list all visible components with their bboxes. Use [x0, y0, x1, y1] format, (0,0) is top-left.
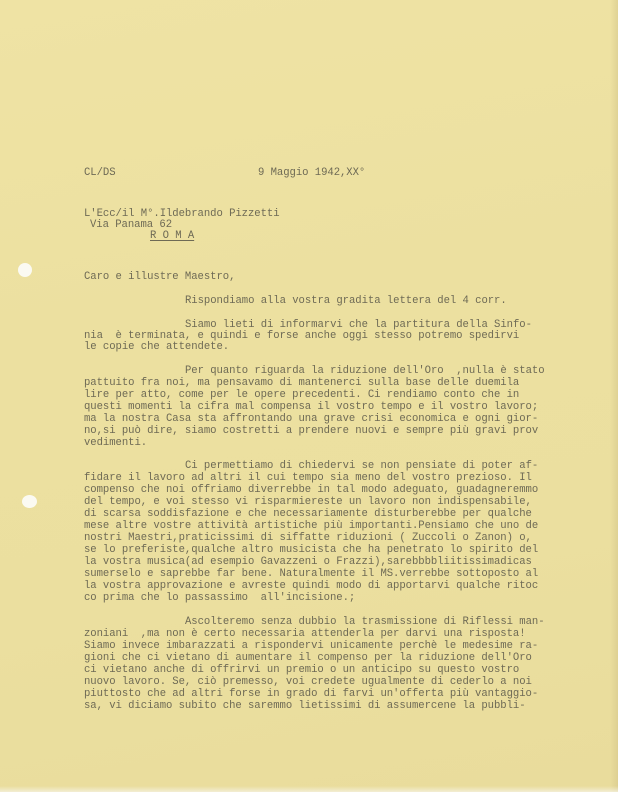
salutation: Caro e illustre Maestro,	[84, 271, 235, 283]
para-3-line: ma la nostra Casa sta affrontando una gr…	[84, 413, 538, 425]
para-5-line: Ascolteremo senza dubbio la trasmissione…	[185, 616, 545, 628]
para-3-line: lire per atto, come per le opere precede…	[84, 389, 519, 401]
recipient-city: R O M A	[150, 230, 194, 242]
letter-page: CL/DS 9 Maggio 1942,XX° L'Ecc/il M°.Ilde…	[0, 0, 618, 792]
page-edge-shadow	[610, 0, 618, 792]
para-3-line: questi momenti la cifra mal compensa il …	[84, 401, 538, 413]
para-3-line: no,si può dire, siamo costretti a prende…	[84, 425, 538, 437]
letter-date: 9 Maggio 1942,XX°	[258, 167, 365, 179]
para-4-line: compenso che noi offriamo diverrebbe in …	[84, 484, 538, 496]
para-3-line: vedimenti.	[84, 437, 147, 449]
para-5-line: sa, vi diciamo subito che saremmo lietis…	[84, 700, 526, 712]
para-4-line: fidare il lavoro ad altri il cui tempo s…	[84, 472, 532, 484]
para-3-line: pattuito fra noi, ma pensavamo di manten…	[84, 377, 519, 389]
para-3-line: Per quanto riguarda la riduzione dell'Or…	[185, 365, 545, 377]
para-4-line: co prima che lo passassimo all'incisione…	[84, 592, 355, 604]
para-4-line: mese altre vostre attività artistiche pi…	[84, 520, 538, 532]
para-5-line: piuttosto che ad altri forse in grado di…	[84, 688, 538, 700]
para-4-line: del tempo, e voi stesso vi risparmierest…	[84, 496, 532, 508]
para-5-line: ci vietano anche di offrirvi un premio o…	[84, 664, 519, 676]
para-2-line: le copie che attendete.	[84, 341, 229, 353]
para-4-line: se lo preferiste,qualche altro musicista…	[84, 544, 538, 556]
para-5-line: Siamo invece imbarazzati a rispondervi u…	[84, 640, 538, 652]
para-4-line: la vostra approvazione e avreste quindi …	[84, 580, 538, 592]
para-4-line: nostri Maestri,praticissimi di siffatte …	[84, 532, 532, 544]
para-4-line: sumerselo e saprebbe far bene. Naturalme…	[84, 568, 538, 580]
reference-code: CL/DS	[84, 167, 116, 179]
para-4-line: di scarsa soddisfazione e che necessaria…	[84, 508, 532, 520]
punch-hole-top	[18, 263, 32, 277]
para-1-line: Rispondiamo alla vostra gradita lettera …	[185, 295, 507, 307]
para-5-line: gioni che ci vietano di aumentare il com…	[84, 652, 532, 664]
para-4-line: la vostra musica(ad esempio Gavazzeni o …	[84, 556, 532, 568]
page-bottom-edge	[0, 786, 618, 792]
para-4-line: Ci permettiamo di chiedervi se non pensi…	[185, 460, 538, 472]
para-5-line: nuovo lavoro. Se, ciò premesso, voi cred…	[84, 676, 532, 688]
punch-hole-bottom	[22, 495, 37, 508]
para-5-line: zoniani ,ma non è certo necessaria atten…	[84, 628, 526, 640]
